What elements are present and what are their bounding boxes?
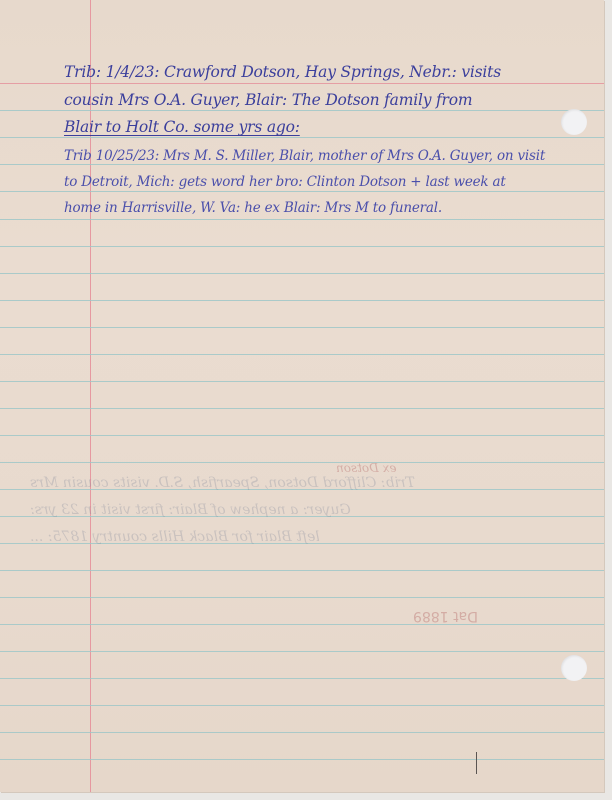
- ruled-line: [0, 246, 604, 247]
- ruled-line: [0, 678, 604, 679]
- bleed-through-line: Guyer: a nephew of Blair: first visit in…: [30, 502, 351, 518]
- punch-hole: [561, 109, 587, 135]
- ruled-line: [0, 110, 604, 111]
- ruled-line: [0, 759, 604, 760]
- punch-hole: [561, 655, 587, 681]
- paper-mark: [476, 752, 477, 774]
- ruled-line: [0, 164, 604, 165]
- ruled-line: [0, 381, 604, 382]
- handwritten-line: cousin Mrs O.A. Guyer, Blair: The Dotson…: [64, 93, 472, 109]
- ruled-line: [0, 462, 604, 463]
- notebook-page: Trib: 1/4/23: Crawford Dotson, Hay Sprin…: [0, 0, 604, 792]
- ruled-line: [0, 408, 604, 409]
- ruled-line: [0, 273, 604, 274]
- ruled-line: [0, 219, 604, 220]
- ruled-line: [0, 137, 604, 138]
- bleed-through-header: ex Dotson: [336, 461, 396, 475]
- ruled-line: [0, 327, 604, 328]
- bleed-through-line: left Blair for Black Hills country 1875:…: [30, 529, 320, 545]
- ruled-line: [0, 191, 604, 192]
- handwritten-line: Blair to Holt Co. some yrs ago:: [64, 120, 300, 136]
- pencil-note: Dat 1889: [413, 608, 478, 624]
- ruled-line: [0, 435, 604, 436]
- ruled-line: [0, 300, 604, 301]
- ruled-line: [0, 705, 604, 706]
- handwritten-line: home in Harrisville, W. Va: he ex Blair:…: [64, 202, 442, 216]
- ruled-line: [0, 570, 604, 571]
- ruled-line: [0, 651, 604, 652]
- handwritten-line: Trib: 1/4/23: Crawford Dotson, Hay Sprin…: [64, 65, 501, 81]
- ruled-line: [0, 624, 604, 625]
- ruled-line: [0, 354, 604, 355]
- ruled-line: [0, 732, 604, 733]
- handwritten-line: to Detroit, Mich: gets word her bro: Cli…: [64, 176, 506, 190]
- ruled-line: [0, 597, 604, 598]
- handwritten-line: Trib 10/25/23: Mrs M. S. Miller, Blair, …: [64, 150, 545, 164]
- bleed-through-line: Trib: Clifford Dotson, Spearfish, S.D. v…: [30, 475, 415, 491]
